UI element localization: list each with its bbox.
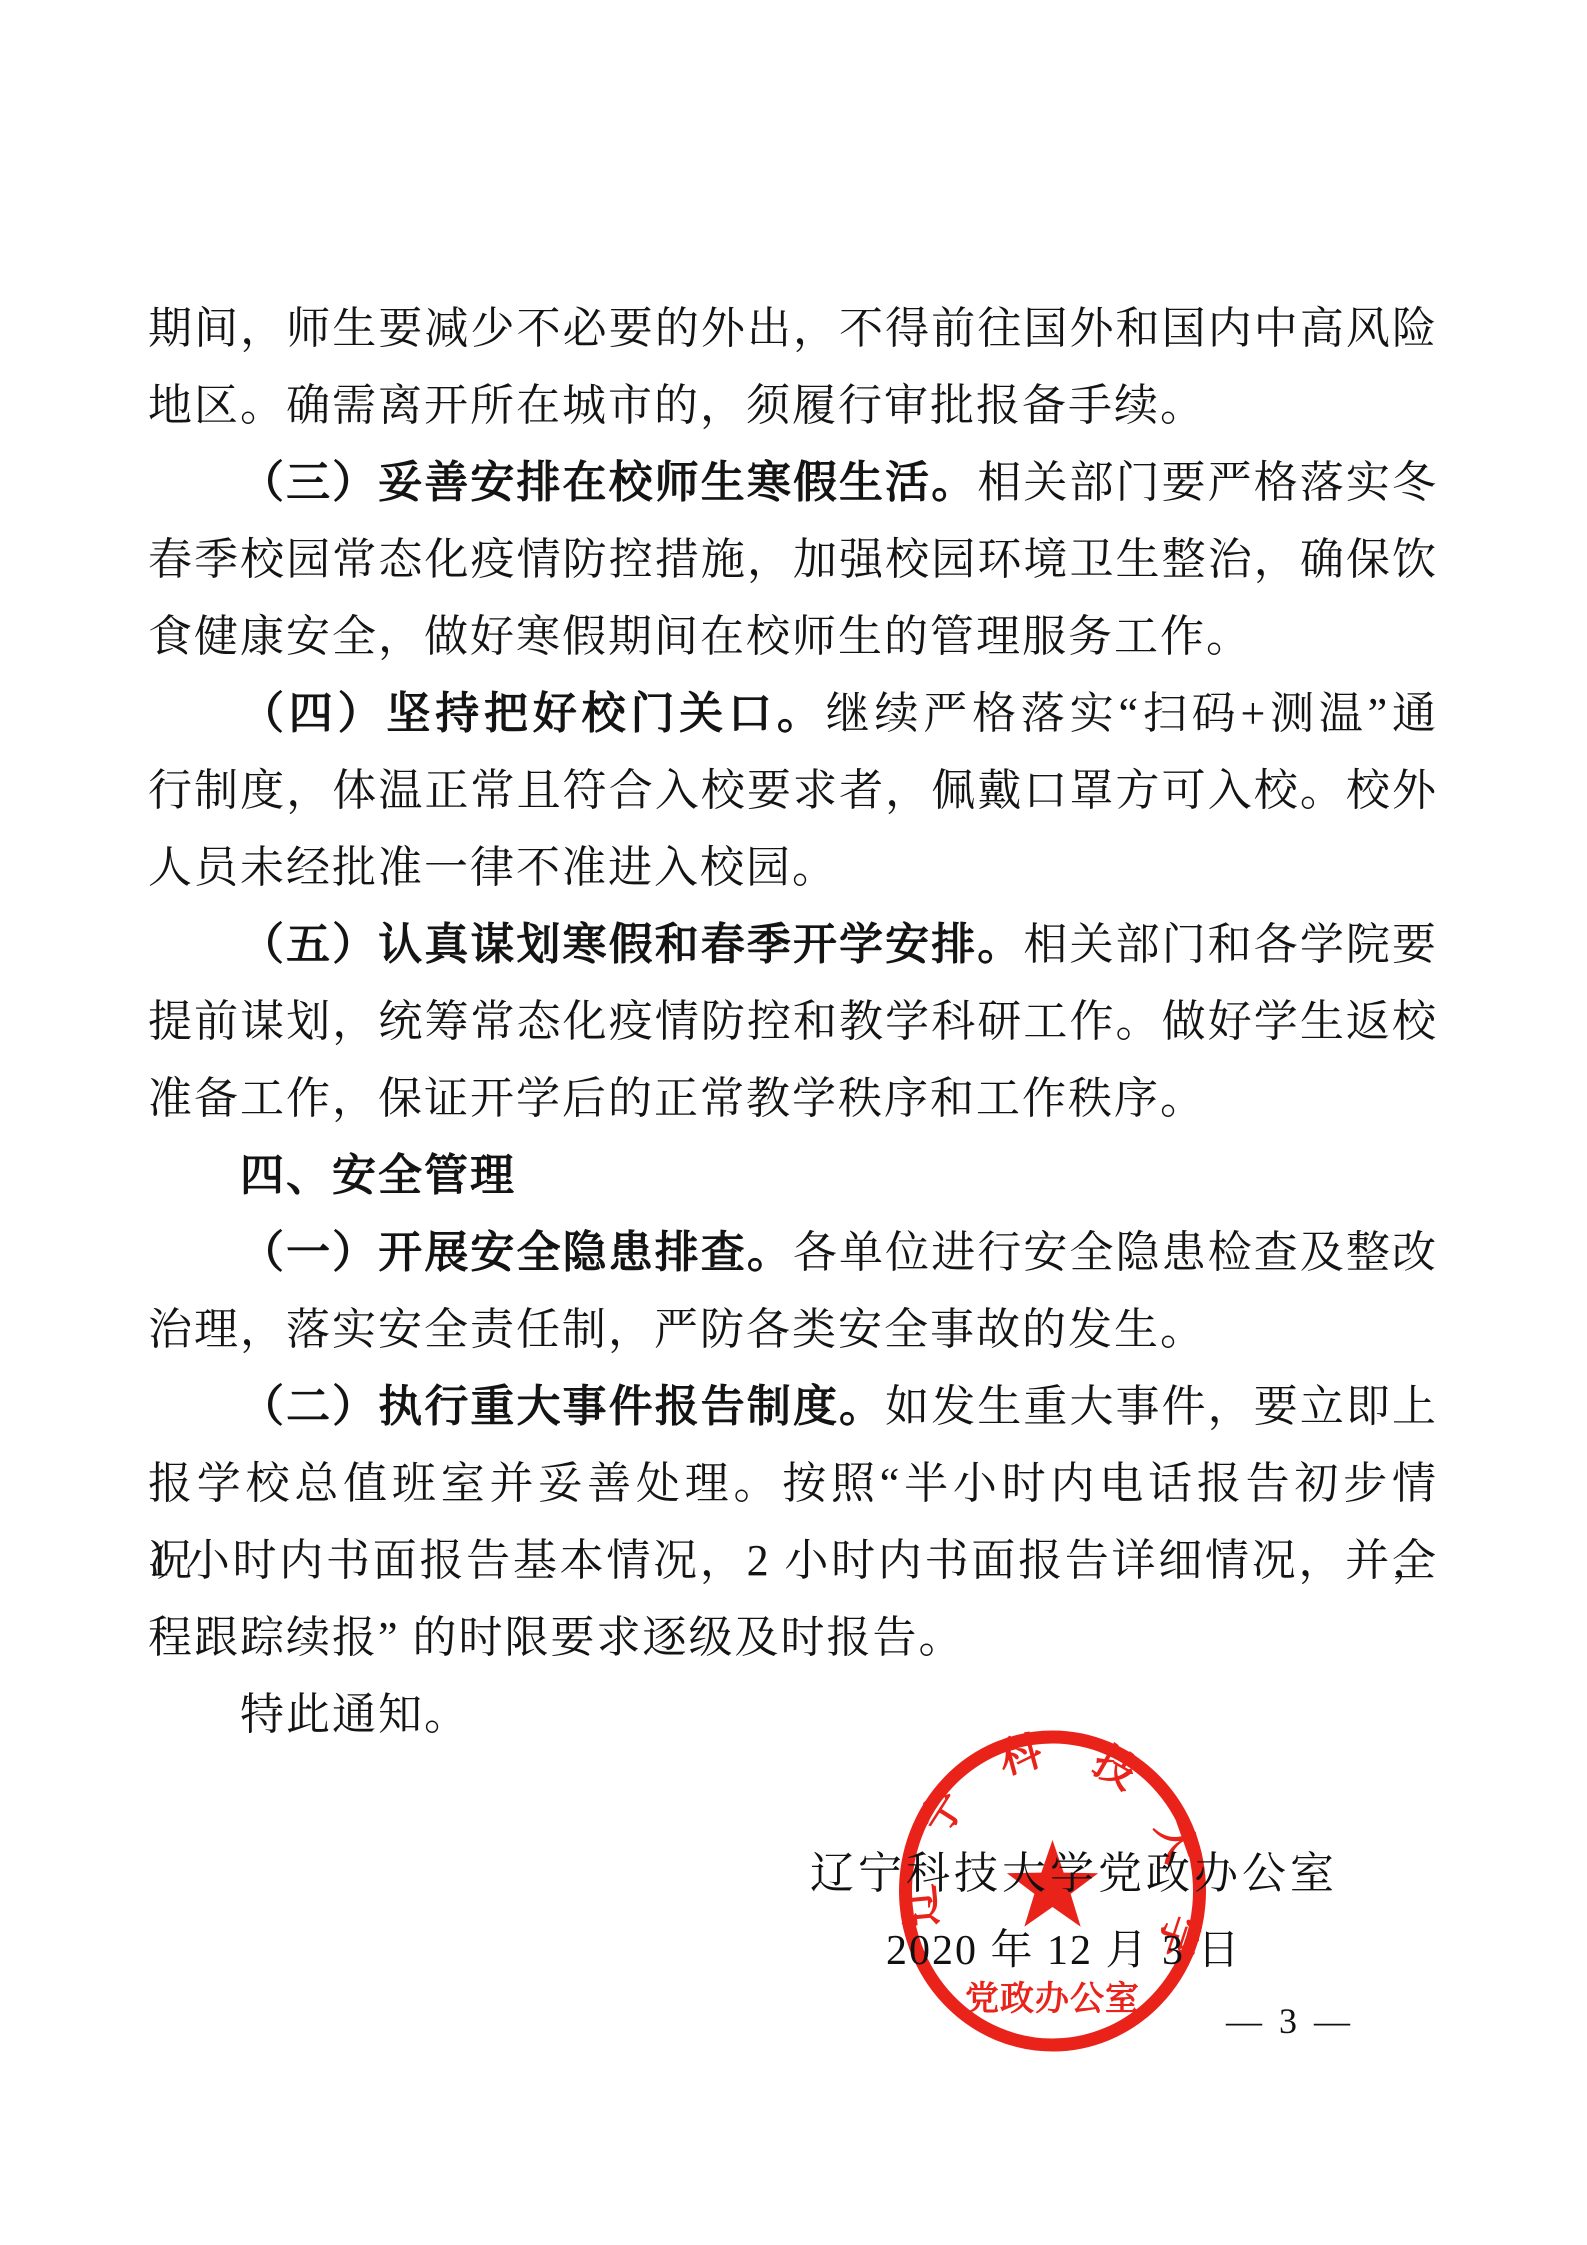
text-line: 地区。确需离开所在城市的，须履行审批报备手续。 (148, 367, 1438, 444)
text-segment: 治理，落实安全责任制，严防各类安全事故的发生。 (148, 1305, 1206, 1354)
text-line: 人员未经批准一律不准进入校园。 (148, 829, 1438, 906)
text-segment: 提前谋划，统筹常态化疫情防控和教学科研工作。做好学生返校 (148, 997, 1438, 1046)
text-segment: 春季校园常态化疫情防控措施，加强校园环境卫生整治，确保饮 (148, 535, 1438, 584)
text-line: 特此通知。 (148, 1676, 1438, 1753)
text-segment: 如发生重大事件，要立即上 (885, 1382, 1438, 1431)
text-line: 报学校总值班室并妥善处理。按照“半小时内电话报告初步情况， (148, 1445, 1438, 1522)
text-line: （四）坚持把好校门关口。继续严格落实“扫码+测温”通 (148, 675, 1438, 752)
text-line: （二）执行重大事件报告制度。如发生重大事件，要立即上 (148, 1368, 1438, 1445)
text-line: 食健康安全，做好寒假期间在校师生的管理服务工作。 (148, 598, 1438, 675)
document-page: 期间，师生要减少不必要的外出，不得前往国外和国内中高风险 地区。确需离开所在城市… (0, 0, 1587, 2245)
text-line: （一）开展安全隐患排查。各单位进行安全隐患检查及整改 (148, 1214, 1438, 1291)
text-segment: 各单位进行安全隐患检查及整改 (793, 1228, 1438, 1277)
section-heading: （四）坚持把好校门关口。 (240, 689, 826, 738)
text-segment: 行制度，体温正常且符合入校要求者，佩戴口罩方可入校。校外 (148, 766, 1438, 815)
signature-line: 辽宁科技大学党政办公室 (810, 1848, 1338, 1900)
text-line: 期间，师生要减少不必要的外出，不得前往国外和国内中高风险 (148, 290, 1438, 367)
section-heading: （二）执行重大事件报告制度。 (240, 1382, 885, 1431)
page-number: — 3 — (1180, 2000, 1400, 2042)
text-segment: 期间，师生要减少不必要的外出，不得前往国外和国内中高风险 (148, 304, 1438, 353)
text-segment: 程跟踪续报” 的时限要求逐级及时报告。 (148, 1613, 965, 1662)
section-heading: （三）妥善安排在校师生寒假生活。 (240, 458, 977, 507)
text-line: 四、安全管理 (148, 1137, 1438, 1214)
text-line: 程跟踪续报” 的时限要求逐级及时报告。 (148, 1599, 1438, 1676)
text-line: （五）认真谋划寒假和春季开学安排。相关部门和各学院要 (148, 906, 1438, 983)
date-line: 2020 年 12 月 3 日 (886, 1926, 1242, 1976)
text-line: 提前谋划，统筹常态化疫情防控和教学科研工作。做好学生返校 (148, 983, 1438, 1060)
notice-body: 期间，师生要减少不必要的外出，不得前往国外和国内中高风险 地区。确需离开所在城市… (148, 290, 1438, 1753)
text-line: 准备工作，保证开学后的正常教学秩序和工作秩序。 (148, 1060, 1438, 1137)
text-segment: 食健康安全，做好寒假期间在校师生的管理服务工作。 (148, 612, 1252, 661)
section-heading: （一）开展安全隐患排查。 (240, 1228, 793, 1277)
section-heading: 四、安全管理 (240, 1151, 516, 1200)
text-segment: 相关部门和各学院要 (1023, 920, 1438, 969)
closing-phrase: 特此通知。 (240, 1690, 470, 1739)
text-segment: 相关部门要严格落实冬 (977, 458, 1438, 507)
text-line: （三）妥善安排在校师生寒假生活。相关部门要严格落实冬 (148, 444, 1438, 521)
section-heading: （五）认真谋划寒假和春季开学安排。 (240, 920, 1023, 969)
text-segment: 准备工作，保证开学后的正常教学秩序和工作秩序。 (148, 1074, 1206, 1123)
text-segment: 继续严格落实“扫码+测温”通 (826, 689, 1438, 738)
text-line: 治理，落实安全责任制，严防各类安全事故的发生。 (148, 1291, 1438, 1368)
seal-bottom-text: 党政办公室 (965, 1980, 1140, 2018)
text-line: 春季校园常态化疫情防控措施，加强校园环境卫生整治，确保饮 (148, 521, 1438, 598)
text-segment: 人员未经批准一律不准进入校园。 (148, 843, 838, 892)
text-segment: 1 小时内书面报告基本情况，2 小时内书面报告详细情况，并全 (148, 1536, 1438, 1585)
text-line: 行制度，体温正常且符合入校要求者，佩戴口罩方可入校。校外 (148, 752, 1438, 829)
text-segment: 地区。确需离开所在城市的，须履行审批报备手续。 (148, 381, 1206, 430)
text-line: 1 小时内书面报告基本情况，2 小时内书面报告详细情况，并全 (148, 1522, 1438, 1599)
